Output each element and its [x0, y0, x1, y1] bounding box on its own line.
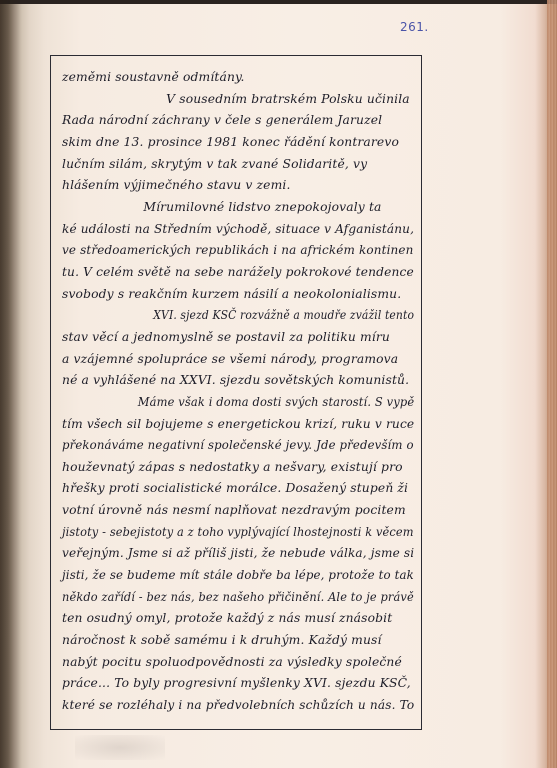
- handwritten-line: Mírumilovné lidstvo znepokojovaly ta: [62, 196, 414, 218]
- handwritten-line: a vzájemné spolupráce se všemi národy, p…: [62, 348, 414, 370]
- page-top-edge: [0, 0, 557, 4]
- handwritten-line: stav věcí a jednomyslně se postavil za p…: [62, 326, 414, 348]
- handwritten-line: ten osudný omyl, protože každý z nás mus…: [62, 607, 414, 629]
- handwritten-line: Máme však i doma dosti svých starostí. S…: [62, 391, 390, 413]
- page-stack-edge: [547, 0, 557, 768]
- handwritten-line: V sousedním bratrském Polsku učinila: [62, 88, 414, 110]
- notebook-page: 261. zeměmi soustavně odmítány.V sousedn…: [0, 0, 557, 768]
- ink-smudge: [75, 735, 165, 760]
- handwritten-line: veřejným. Jsme si až příliš jisti, že ne…: [62, 542, 408, 564]
- handwritten-line: né a vyhlášené na XXVI. sjezdu sovětskýc…: [62, 369, 414, 391]
- handwritten-line: houževnatý zápas s nedostatky a nešvary,…: [62, 456, 414, 478]
- handwritten-line: překonáváme negativní společenské jevy. …: [62, 434, 397, 456]
- handwritten-line: tu. V celém světě na sebe narážely pokro…: [62, 261, 412, 283]
- handwritten-line: tím všech sil bojujeme s energetickou kr…: [62, 413, 412, 435]
- handwritten-line: náročnost k sobě samému i k druhým. Každ…: [62, 629, 414, 651]
- binding-gutter-shadow: [0, 0, 22, 768]
- handwritten-line: nabýt pocitu spoluodpovědnosti za výsled…: [62, 651, 414, 673]
- handwritten-line: skim dne 13. prosince 1981 konec řádění …: [62, 131, 414, 153]
- handwritten-line: hlášením výjimečného stavu v zemi.: [62, 174, 414, 196]
- handwritten-line: votní úrovně nás nesmí naplňovat nezdrav…: [62, 499, 414, 521]
- handwritten-text-block: zeměmi soustavně odmítány.V sousedním br…: [62, 66, 417, 716]
- handwritten-line: XVI. sjezd KSČ rozvážně a moudře zvážil …: [62, 304, 370, 326]
- handwritten-line: ké události na Středním východě, situace…: [62, 218, 408, 240]
- handwritten-line: jistoty - sebejistoty a z toho vyplývají…: [62, 521, 388, 543]
- handwritten-line: práce... To byly progresivní myšlenky XV…: [62, 672, 414, 694]
- handwritten-line: svobody s reakčním kurzem násilí a neoko…: [62, 283, 414, 305]
- handwritten-line: jisti, že se budeme mít stále dobře ba l…: [62, 564, 400, 586]
- handwritten-line: Rada národní záchrany v čele s generálem…: [62, 109, 414, 131]
- handwritten-line: lučním silám, skrytým v tak zvané Solida…: [62, 153, 414, 175]
- page-number: 261.: [400, 20, 429, 34]
- handwritten-line: hřešky proti socialistické morálce. Dosa…: [62, 477, 414, 499]
- handwritten-line: zeměmi soustavně odmítány.: [62, 66, 414, 88]
- handwritten-line: ve středoamerických republikách i na afr…: [62, 239, 405, 261]
- handwritten-line: které se rozléhaly i na předvolebních sc…: [62, 694, 409, 716]
- handwritten-line: někdo zařídí - bez nás, bez našeho přiči…: [62, 586, 388, 608]
